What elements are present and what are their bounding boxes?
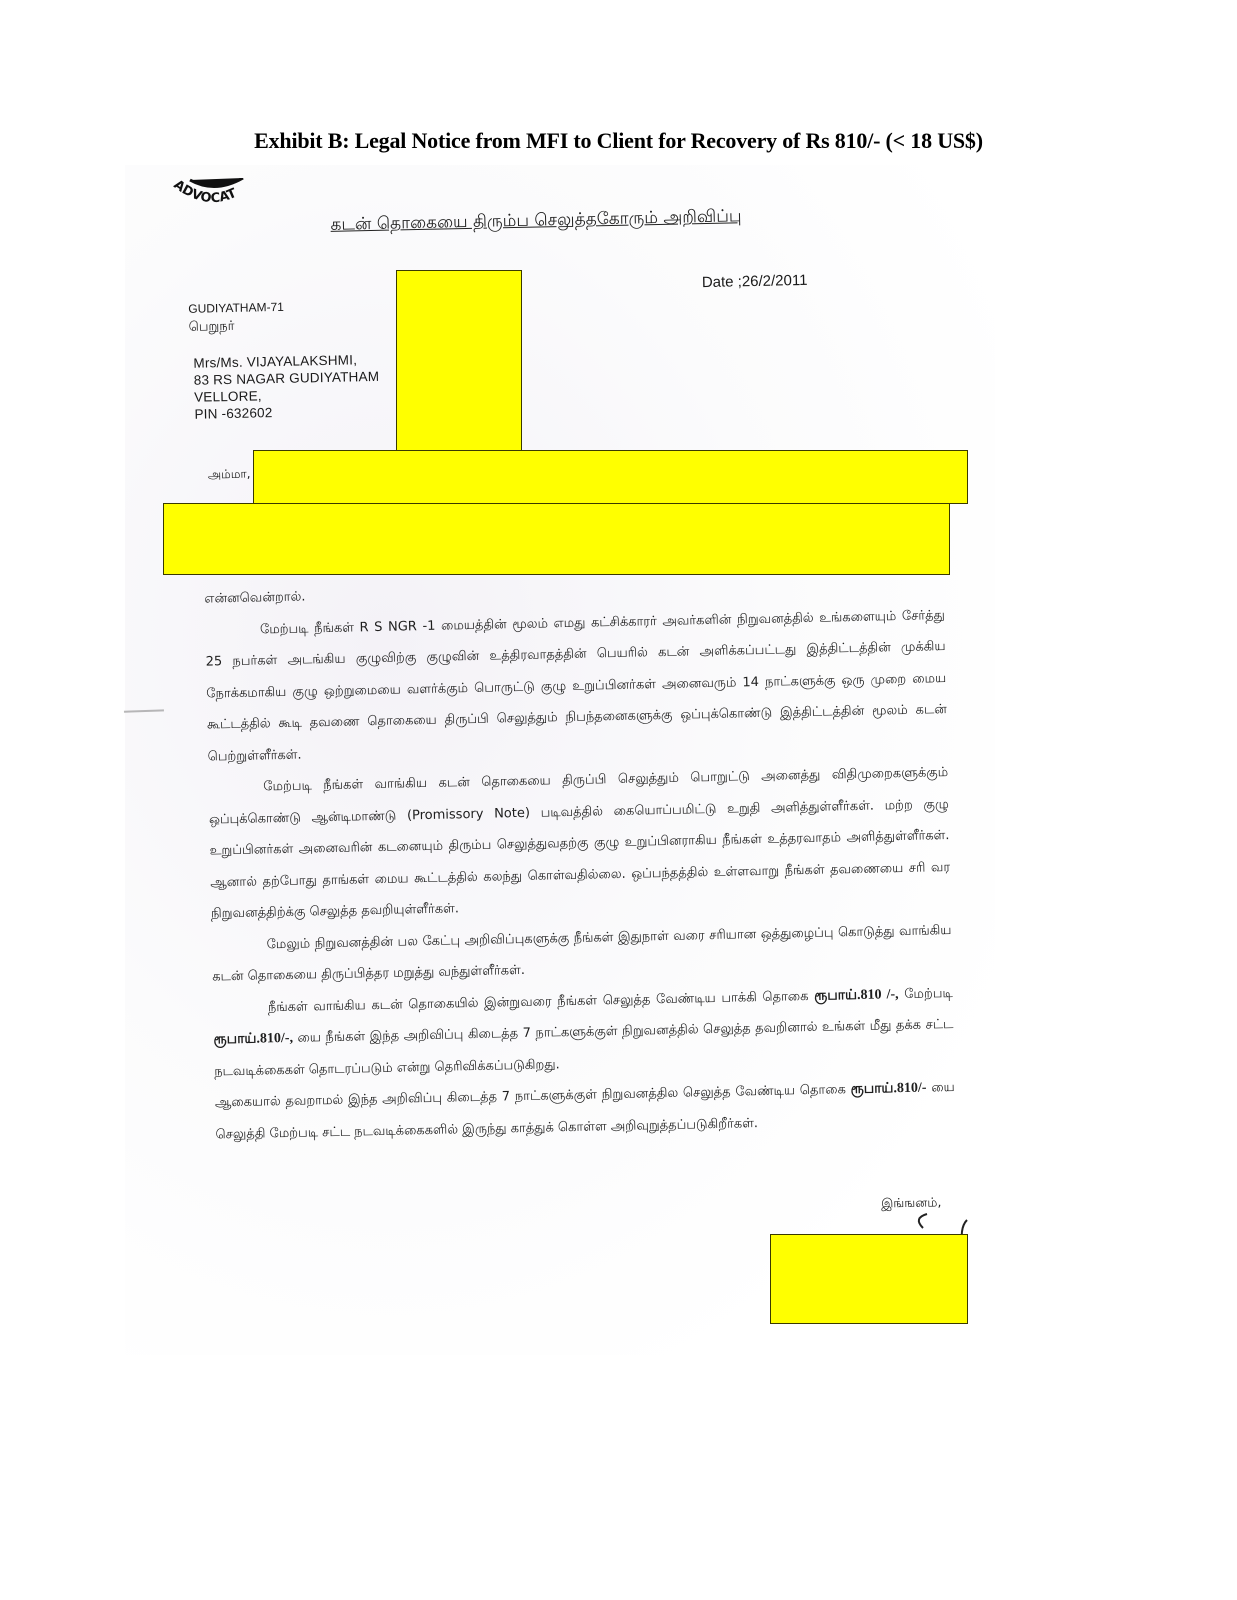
redaction-box bbox=[770, 1234, 968, 1324]
recipient-label: பெறுநர் bbox=[189, 319, 235, 336]
amount-due: ரூபாய்.810/- bbox=[850, 1081, 926, 1098]
redaction-box bbox=[163, 503, 950, 575]
paragraph-amount-due: நீங்கள் வாங்கிய கடன் தொகையில் இன்றுவரை ந… bbox=[213, 977, 955, 1087]
amount-due: ரூபாய்.810 /-, bbox=[814, 987, 899, 1004]
salutation: அம்மா, bbox=[208, 467, 251, 484]
sender-code: GUDIYATHAM-71 bbox=[188, 300, 284, 316]
amount-due: ரூபாய்.810/-, bbox=[213, 1031, 293, 1048]
redaction-box bbox=[253, 450, 968, 504]
exhibit-title: Exhibit B: Legal Notice from MFI to Clie… bbox=[0, 128, 1237, 154]
notice-heading: கடன் தொகையை திரும்ப செலுத்தகோரும் அறிவிப… bbox=[330, 206, 741, 237]
address-line: PIN -632602 bbox=[194, 402, 380, 423]
paragraph-promissory-note: மேற்படி நீங்கள் வாங்கிய கடன் தொகையை திரு… bbox=[208, 757, 951, 930]
notice-text: என்னவென்றால். மேற்படி நீங்கள் R S NGR -1… bbox=[204, 568, 956, 1150]
paragraph-loan-terms: மேற்படி நீங்கள் R S NGR -1 மையத்தின் மூல… bbox=[205, 600, 948, 773]
recipient-address: Mrs/Ms. VIJAYALAKSHMI, 83 RS NAGAR GUDIY… bbox=[193, 351, 380, 423]
notice-body: கடன் தொகையை திரும்ப செலுத்தகோரும் அறிவிப… bbox=[180, 183, 1002, 1280]
notice-date: Date ;26/2/2011 bbox=[702, 272, 808, 291]
redaction-box bbox=[396, 270, 522, 453]
